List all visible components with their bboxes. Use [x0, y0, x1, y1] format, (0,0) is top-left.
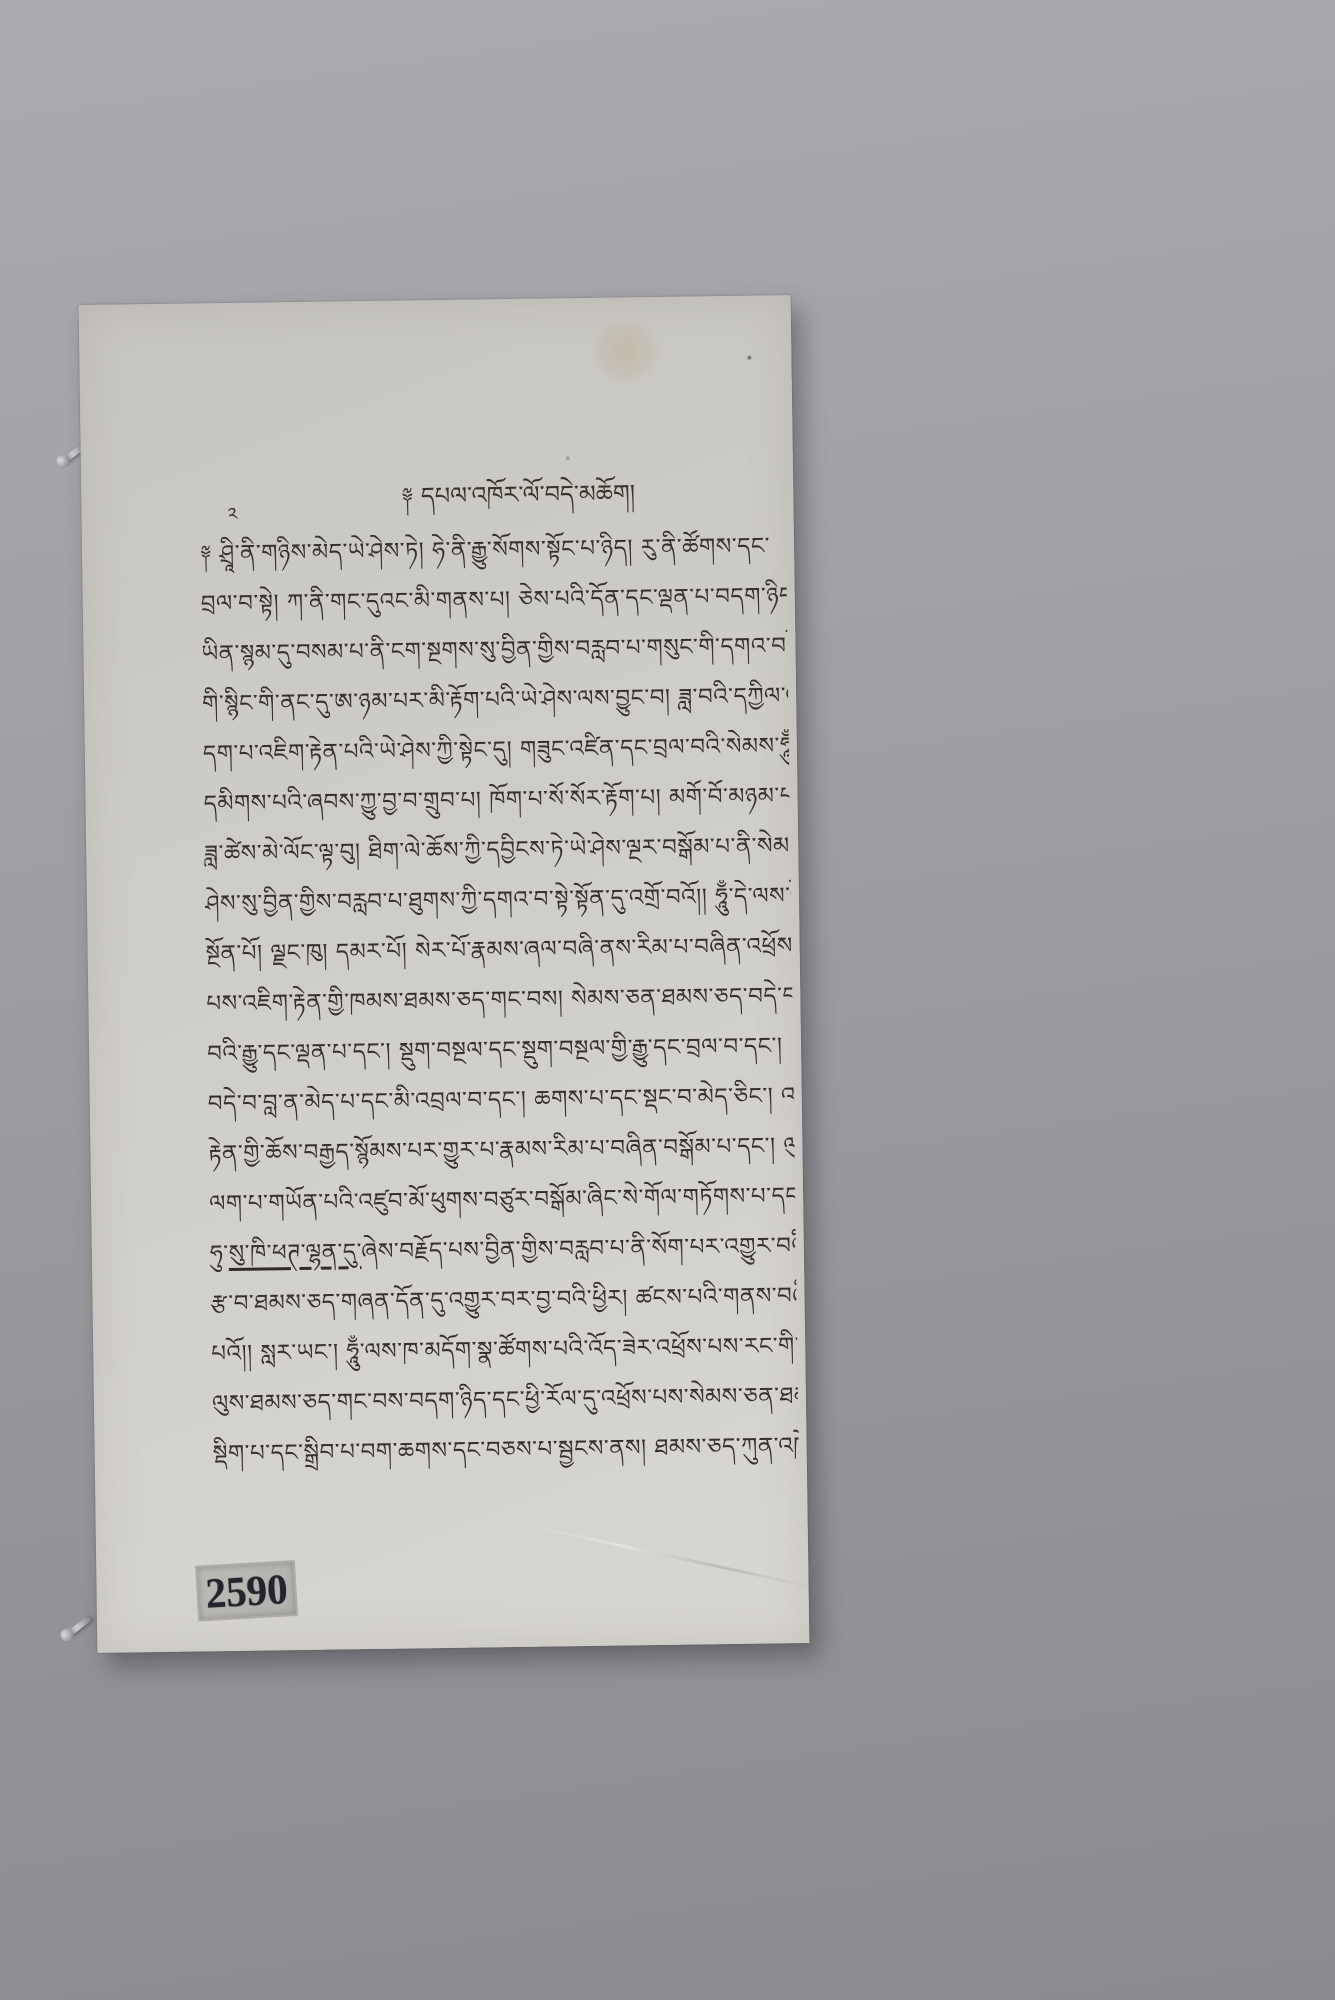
- line-text: རྩ་བ་ཐམས་ཅད་གཞན་དོན་དུ་འགྱུར་བར་བྱ་བའི་ཕ…: [210, 1282, 797, 1317]
- underlined-segment: སུ་ཁི་ཕཊ་ལྷན་དུ་: [228, 1239, 361, 1267]
- text-line: དག་པ་འཇིག་རྟེན་པའི་ཡེ་ཤེས་ཀྱི་སྟེང་དུ། ག…: [203, 729, 790, 787]
- line-text: ཧུ་: [210, 1241, 229, 1267]
- scan-background: ༢ ༈ དཔལ་འཁོར་ལོ་བདེ་མཆོག། ༈ ཤྲཱི་ནི་གཉིས…: [0, 0, 1335, 2000]
- line-text: སྡིག་པ་དང་སྒྲིབ་པ་བག་ཆགས་དང་བཅས་པ་སྦྱངས་…: [213, 1432, 800, 1467]
- text-line: སྔོན་པོ། ལྗང་ཁུ། དམར་པོ། སེར་པོ་རྣམས་ཞལ་…: [205, 929, 792, 987]
- page-title: ༈ དཔལ་འཁོར་ལོ་བདེ་མཆོག།: [241, 465, 796, 540]
- line-text: ལུས་ཐམས་ཅད་གང་བས་བདག་ཉིད་དང་ཕྱི་རོལ་དུ་འ…: [212, 1382, 799, 1417]
- text-line: ༈ ཤྲཱི་ནི་གཉིས་མེད་ཡེ་ཤེས་ཏེ། ཧེ་ནི་རྒྱུ…: [200, 529, 787, 587]
- line-text: དག་པ་འཇིག་རྟེན་པའི་ཡེ་ཤེས་ཀྱི་སྟེང་དུ། ག…: [203, 733, 790, 768]
- stamp-number: 2590: [204, 1564, 289, 1619]
- text-line: ཟླ་ཚེས་མེ་ལོང་ལྟ་བུ། ཐིག་ལེ་ཆོས་ཀྱི་དབྱི…: [204, 829, 791, 887]
- line-text: ༈ ཤྲཱི་ནི་གཉིས་མེད་ཡེ་ཤེས་ཏེ། ཧེ་ནི་རྒྱུ…: [200, 533, 770, 567]
- text-line: སྡིག་པ་དང་སྒྲིབ་པ་བག་ཆགས་དང་བཅས་པ་སྦྱངས་…: [212, 1429, 799, 1487]
- text-line: ཧུ་སུ་ཁི་ཕཊ་ལྷན་དུ་ཞེས་བརྗོད་པས་བྱིན་གྱི…: [210, 1229, 797, 1287]
- text-line: བདེ་བ་བླ་ན་མེད་པ་དང་མི་འབྲལ་བ་དང་། ཆགས་པ…: [208, 1079, 795, 1137]
- text-line: པའོ།། སླར་ཡང་། ཧཱུྃ་ལས་ཁ་མདོག་སྣ་ཚོགས་པའ…: [211, 1329, 798, 1387]
- push-pin-bottom: [64, 1615, 93, 1639]
- text-line: རྩ་བ་ཐམས་ཅད་གཞན་དོན་དུ་འགྱུར་བར་བྱ་བའི་ཕ…: [210, 1279, 797, 1337]
- line-text: དམིགས་པའི་ཞབས་ཀྱུ་བྱ་བ་གྲུབ་པ། ཁོག་པ་སོ་…: [203, 783, 790, 818]
- line-text: ཟླ་ཚེས་མེ་ལོང་ལྟ་བུ། ཐིག་ལེ་ཆོས་ཀྱི་དབྱི…: [204, 833, 791, 868]
- text-line: བྲལ་བ་སྟེ། ཀ་ནི་གང་དུའང་མི་གནས་པ། ཅེས་པའ…: [201, 579, 788, 637]
- text-line: ལུས་ཐམས་ཅད་གང་བས་བདག་ཉིད་དང་ཕྱི་རོལ་དུ་འ…: [212, 1379, 799, 1437]
- text-line: གི་སྙིང་གི་ནང་དུ་ཨ་ཉམ་པར་མི་རྟོག་པའི་ཡེ་…: [202, 679, 789, 737]
- line-text: སྔོན་པོ། ལྗང་ཁུ། དམར་པོ། སེར་པོ་རྣམས་ཞལ་…: [206, 933, 793, 967]
- line-text: པའོ།། སླར་ཡང་། ཧཱུྃ་ལས་ཁ་མདོག་སྣ་ཚོགས་པའ…: [211, 1333, 798, 1367]
- line-text: རྟེན་གྱི་ཆོས་བརྒྱད་སྙོམས་པར་གྱུར་པ་རྣམས་…: [208, 1132, 795, 1167]
- line-text: ཞེས་བརྗོད་པས་བྱིན་གྱིས་བརླབ་པ་ནི་སོག་པར་…: [361, 1232, 796, 1265]
- line-text: བྲལ་བ་སྟེ། ཀ་ནི་གང་དུའང་མི་གནས་པ། ཅེས་པའ…: [201, 583, 788, 617]
- body-text: ༈ ཤྲཱི་ནི་གཉིས་མེད་ཡེ་ཤེས་ཏེ། ཧེ་ནི་རྒྱུ…: [200, 529, 799, 1487]
- paper-crease: [529, 1524, 813, 1588]
- text-line: རྟེན་གྱི་ཆོས་བརྒྱད་སྙོམས་པར་གྱུར་པ་རྣམས་…: [208, 1129, 795, 1187]
- catalog-number-stamp: 2590: [197, 1562, 296, 1619]
- line-text: བདེ་བ་བླ་ན་མེད་པ་དང་མི་འབྲལ་བ་དང་། ཆགས་པ…: [208, 1083, 795, 1118]
- text-line: བའི་རྒྱུ་དང་ལྡན་པ་དང་། སྡུག་བསྔལ་དང་སྡུག…: [207, 1029, 794, 1087]
- text-line: དམིགས་པའི་ཞབས་ཀྱུ་བྱ་བ་གྲུབ་པ། ཁོག་པ་སོ་…: [203, 779, 790, 837]
- paper-stain: [577, 305, 674, 398]
- line-text: ལག་པ་གཡོན་པའི་འཛུབ་མོ་ཕུགས་བཙུར་བསྒོམ་ཞི…: [209, 1182, 796, 1217]
- line-text: པས་འཇིག་རྟེན་གྱི་ཁམས་ཐམས་ཅད་གང་བས། སེམས་…: [206, 982, 793, 1017]
- line-text: བའི་རྒྱུ་དང་ལྡན་པ་དང་། སྡུག་བསྔལ་དང་སྡུག…: [207, 1033, 783, 1067]
- document-page: ༢ ༈ དཔལ་འཁོར་ལོ་བདེ་མཆོག། ༈ ཤྲཱི་ནི་གཉིས…: [79, 295, 810, 1653]
- line-text: གི་སྙིང་གི་ནང་དུ་ཨ་ཉམ་པར་མི་རྟོག་པའི་ཡེ་…: [202, 682, 789, 717]
- text-line: ཡིན་སྙམ་དུ་བསམ་པ་ནི་ངག་སྔགས་སུ་བྱིན་གྱིས…: [201, 629, 788, 687]
- dust-speck: [747, 356, 751, 360]
- text-line: ལག་པ་གཡོན་པའི་འཛུབ་མོ་ཕུགས་བཙུར་བསྒོམ་ཞི…: [209, 1179, 796, 1237]
- line-text: ཤེས་སུ་བྱིན་གྱིས་བརླབ་པ་ཐུགས་ཀྱི་དགའ་བ་ས…: [205, 882, 792, 917]
- dust-speck: [566, 456, 570, 460]
- text-line: པས་འཇིག་རྟེན་གྱི་ཁམས་ཐམས་ཅད་གང་བས། སེམས་…: [206, 979, 793, 1037]
- text-line: ཤེས་སུ་བྱིན་གྱིས་བརླབ་པ་ཐུགས་ཀྱི་དགའ་བ་ས…: [205, 879, 792, 937]
- line-text: ཡིན་སྙམ་དུ་བསམ་པ་ནི་ངག་སྔགས་སུ་བྱིན་གྱིས…: [201, 632, 788, 667]
